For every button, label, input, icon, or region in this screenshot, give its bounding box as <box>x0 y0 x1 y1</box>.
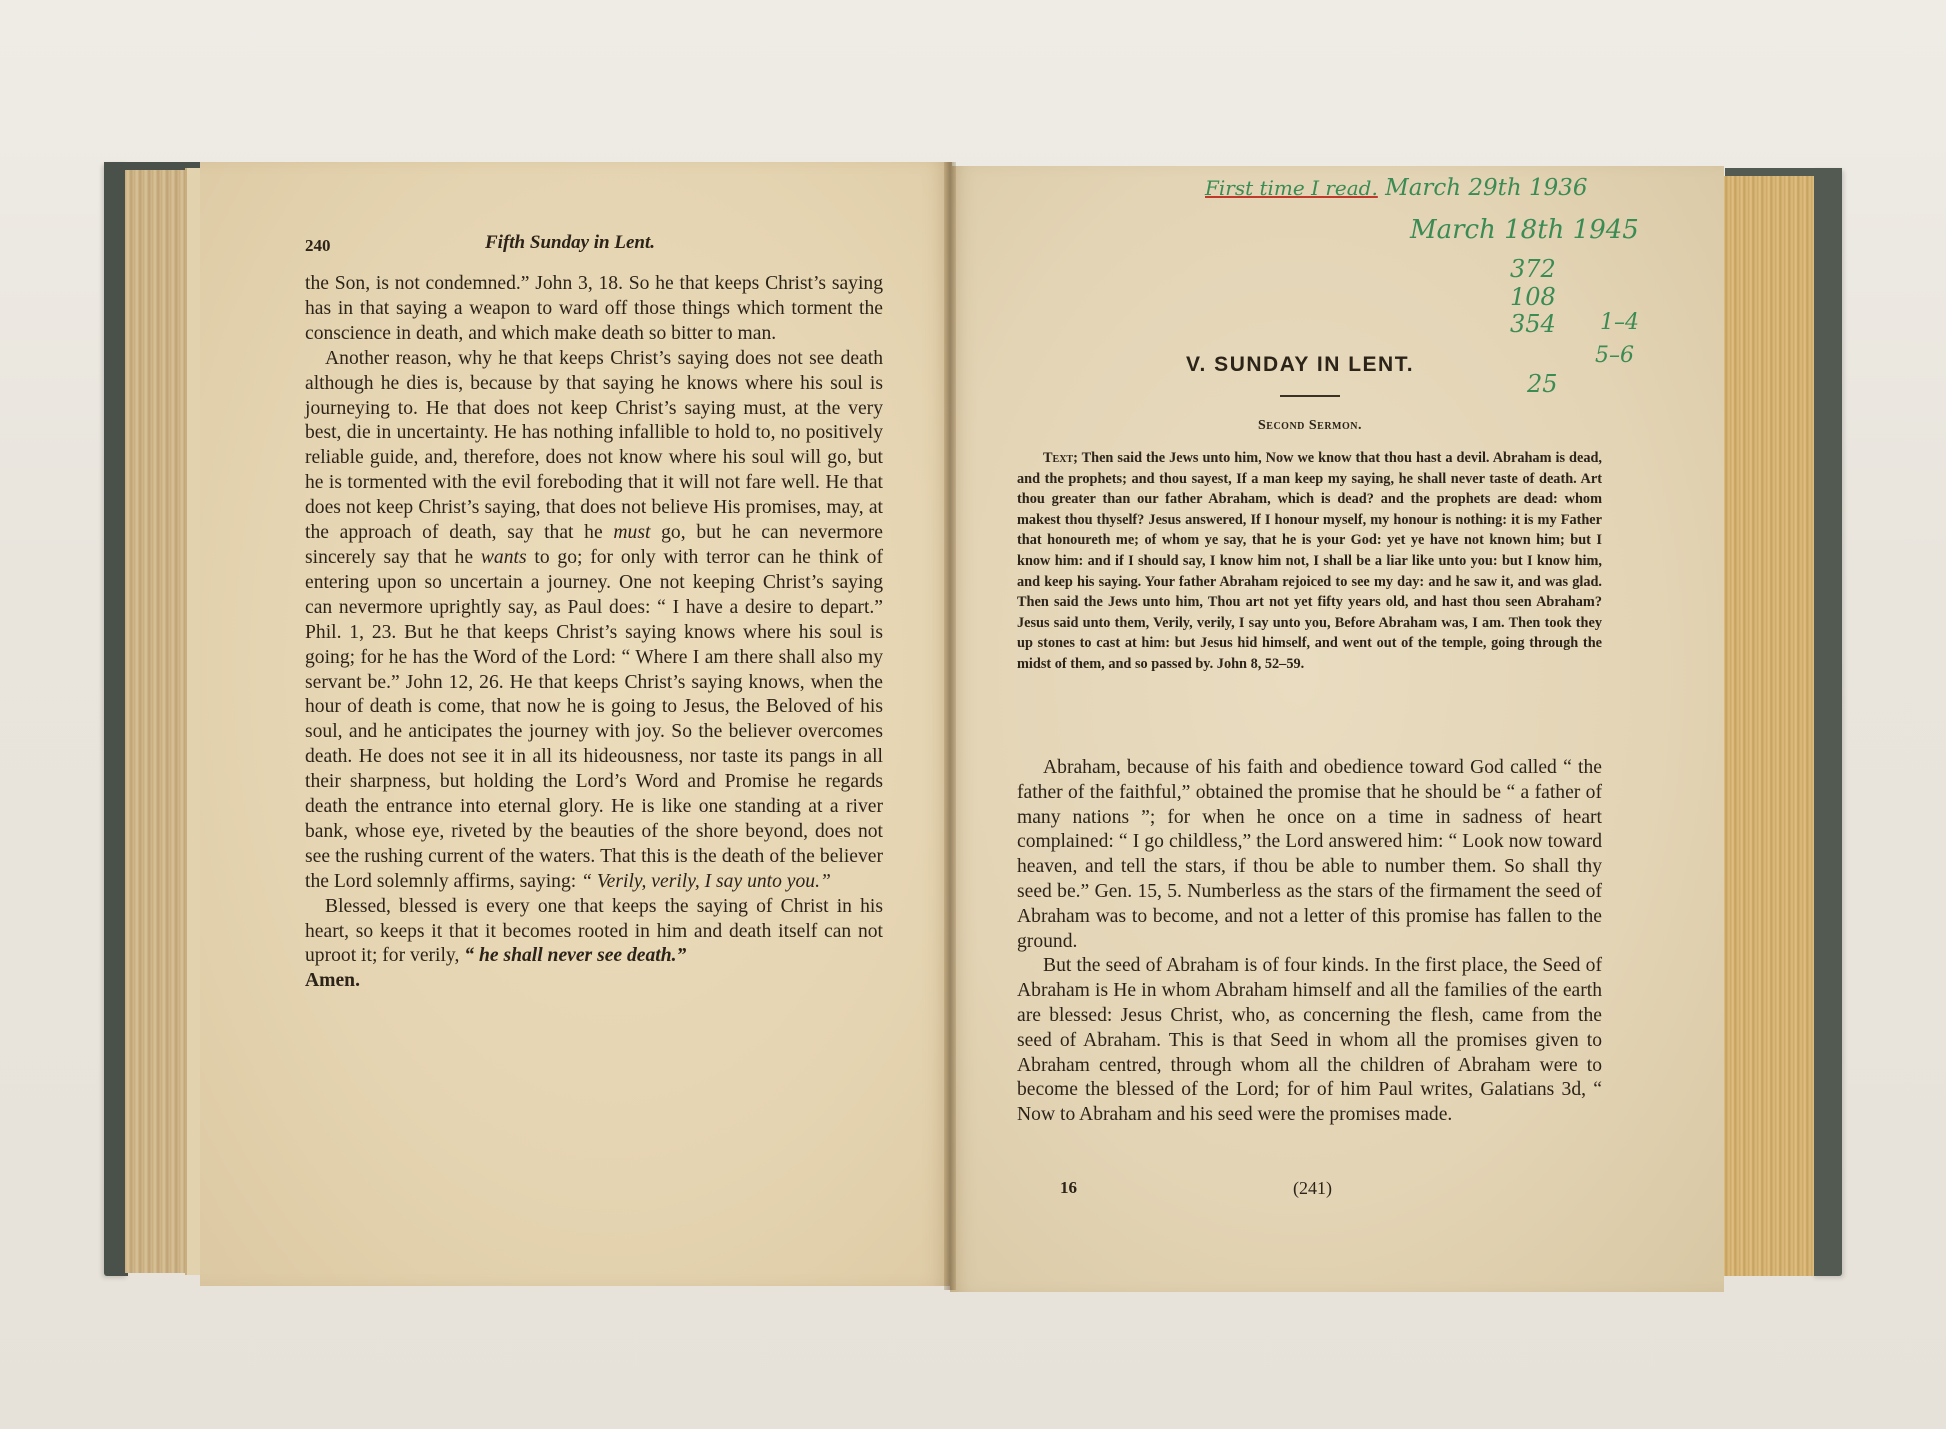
emphasis: must <box>613 522 650 543</box>
emphasis: “ Verily, verily, I say unto you.” <box>581 871 831 892</box>
text-label: Text; <box>1043 450 1078 466</box>
left-page-body: the Son, is not condemned.” John 3, 18. … <box>305 272 883 994</box>
paragraph-text: Amen. <box>285 969 360 994</box>
paragraph: Another reason, why he that keeps Christ… <box>305 347 883 895</box>
handwritten-range: 1–4 <box>1600 310 1639 335</box>
chapter-title: V. SUNDAY IN LENT. <box>1060 353 1540 377</box>
handwritten-number: 372 <box>1510 255 1556 283</box>
emphasis: “ he shall never see death.” <box>464 945 686 966</box>
handwritten-range: 5–6 <box>1595 343 1634 368</box>
handwritten-number: 354 <box>1510 310 1556 338</box>
sermon-subtitle: Second Sermon. <box>1140 418 1480 434</box>
scripture-text-block: Text; Then said the Jews unto him, Now w… <box>1017 448 1602 675</box>
paragraph-text: Another reason, why he that keeps Christ… <box>305 348 883 543</box>
signature-mark: 16 <box>1060 1178 1077 1198</box>
page-edges-right-gilt <box>1722 176 1814 1276</box>
paragraph-text: to go; for only with terror can he think… <box>305 547 883 892</box>
handwritten-date-2: March 18th 1945 <box>1410 215 1639 245</box>
running-head-title: Fifth Sunday in Lent. <box>485 232 655 254</box>
handwritten-underlined-note: First time I read. <box>1205 176 1378 200</box>
handwritten-note-line1: First time I read. March 29th 1936 <box>1205 175 1588 201</box>
paragraph: the Son, is not condemned.” John 3, 18. … <box>305 272 883 347</box>
book-cover-right <box>1812 168 1842 1276</box>
emphasis: wants <box>481 547 527 568</box>
paragraph: Abraham, because of his faith and obedie… <box>1017 756 1602 954</box>
title-divider <box>1280 395 1340 397</box>
handwritten-date: March 29th 1936 <box>1385 175 1587 201</box>
page-number-right: (241) <box>1293 1178 1332 1199</box>
scripture-text: Then said the Jews unto him, Now we know… <box>1017 450 1602 672</box>
handwritten-number: 108 <box>1510 283 1556 311</box>
book-gutter <box>944 162 956 1290</box>
right-page-body: Abraham, because of his faith and obedie… <box>1017 756 1602 1128</box>
page-number-left: 240 <box>305 236 331 256</box>
paragraph: Blessed, blessed is every one that keeps… <box>305 895 883 995</box>
paragraph: But the seed of Abraham is of four kinds… <box>1017 954 1602 1128</box>
